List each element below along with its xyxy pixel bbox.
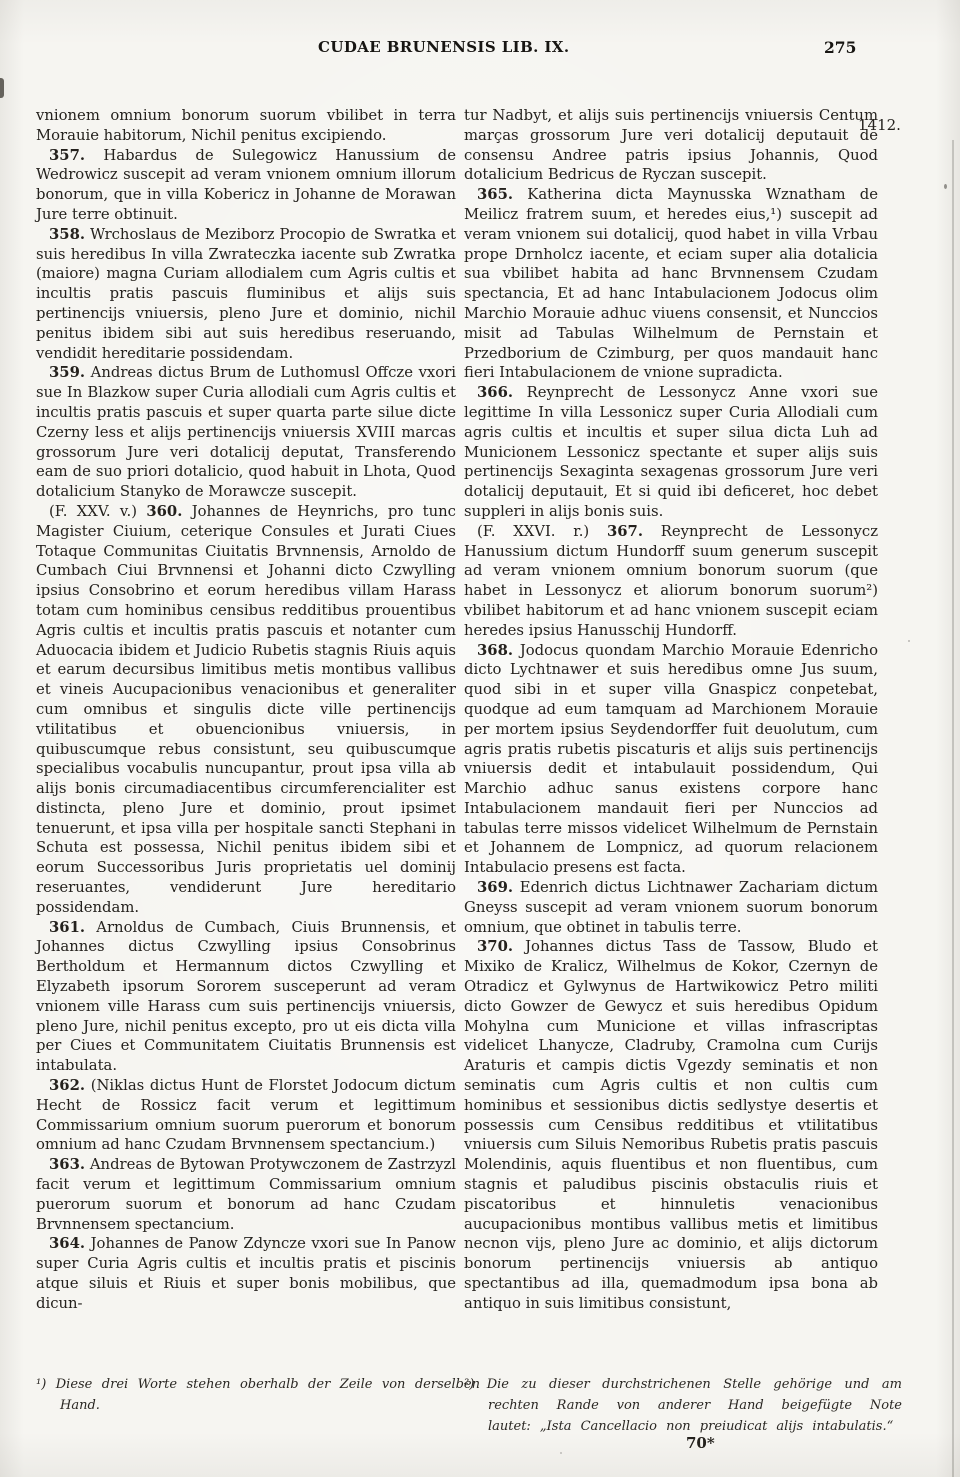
scan-speck	[908, 640, 910, 642]
entry-number: 370.	[477, 938, 513, 955]
footnote-left: ¹) Diese drei Worte stehen oberhalb der …	[36, 1374, 480, 1416]
footnote-marker: ²)	[464, 1377, 474, 1392]
entry-text: Wrchoslaus de Meziborz Procopio de Swrat…	[36, 226, 456, 362]
entry-paragraph: tur Nadbyt, et alijs suis pertinencijs v…	[464, 106, 878, 185]
entry-text: tur Nadbyt, et alijs suis pertinencijs v…	[464, 107, 878, 183]
scan-edge-line	[952, 140, 954, 1477]
entry-text: Reynprecht de Lessonycz Hanussium dictum…	[464, 523, 878, 639]
printer-signature: 70*	[686, 1434, 715, 1452]
entry-number: 367.	[607, 523, 643, 540]
entry-number: 369.	[477, 879, 513, 896]
folio-reference: (F. XXVI. r.)	[477, 523, 589, 540]
entry-number: 361.	[49, 919, 85, 936]
right-text-column: tur Nadbyt, et alijs suis pertinencijs v…	[464, 106, 878, 1314]
entry-paragraph: 363. Andreas de Bytowan Protywczonem de …	[36, 1155, 456, 1234]
entry-number: 358.	[49, 226, 85, 243]
entry-paragraph: 357. Habardus de Sulegowicz Hanussium de…	[36, 146, 456, 225]
entry-text: Edenrich dictus Lichtnawer Zachariam dic…	[464, 879, 878, 936]
entry-number: 365.	[477, 186, 513, 203]
entry-paragraph: (F. XXV. v.) 360. Johannes de Heynrichs,…	[36, 502, 456, 918]
entry-text: Johannes de Heynrichs, pro tunc Magister…	[36, 503, 456, 916]
left-text-column: vnionem omnium bonorum suorum vbilibet i…	[36, 106, 456, 1314]
entry-paragraph: (F. XXVI. r.) 367. Reynprecht de Lessony…	[464, 522, 878, 641]
scanned-book-page: CUDAE BRUNENSIS LIB. IX. 275 1412. vnion…	[0, 0, 960, 1477]
entry-paragraph: 365. Katherina dicta Maynusska Wznatham …	[464, 185, 878, 383]
entry-text: Johannes dictus Tass de Tassow, Bludo et…	[464, 938, 878, 1311]
entry-text: Andreas de Bytowan Protywczonem de Zastr…	[36, 1156, 456, 1232]
folio-reference: (F. XXV. v.)	[49, 503, 137, 520]
entry-number: 366.	[477, 384, 513, 401]
entry-paragraph: 358. Wrchoslaus de Meziborz Procopio de …	[36, 225, 456, 364]
entry-paragraph: 369. Edenrich dictus Lichtnawer Zacharia…	[464, 878, 878, 937]
entry-number: 362.	[49, 1077, 85, 1094]
entry-number: 360.	[146, 503, 182, 520]
entry-paragraph: 361. Arnoldus de Cumbach, Ciuis Brunnens…	[36, 918, 456, 1076]
page-number: 275	[824, 38, 856, 57]
entry-text: vnionem omnium bonorum suorum vbilibet i…	[36, 107, 456, 144]
footnote-right: ²) Die zu dieser durchstrichenen Stelle …	[464, 1374, 902, 1437]
entry-number: 359.	[49, 364, 85, 381]
entry-paragraph: 364. Johannes de Panow Zdyncze vxori sue…	[36, 1234, 456, 1313]
entry-text: Habardus de Sulegowicz Hanussium de Wedr…	[36, 147, 456, 223]
entry-paragraph: 366. Reynprecht de Lessonycz Anne vxori …	[464, 383, 878, 522]
entry-number: 368.	[477, 642, 513, 659]
scan-corner-mark	[0, 78, 4, 98]
entry-paragraph: 368. Jodocus quondam Marchio Morauie Ede…	[464, 641, 878, 879]
scan-speck	[944, 184, 947, 189]
scan-speck	[560, 1452, 562, 1454]
entry-text: Johannes de Panow Zdyncze vxori sue In P…	[36, 1235, 456, 1311]
entry-text: Jodocus quondam Marchio Morauie Edenrich…	[464, 642, 878, 877]
entry-text: (Niklas dictus Hunt de Florstet Jodocum …	[36, 1077, 456, 1153]
footnote-marker: ¹)	[36, 1377, 46, 1392]
running-head-title: CUDAE BRUNENSIS LIB. IX.	[318, 38, 569, 56]
footnote-text: Die zu dieser durchstrichenen Stelle geh…	[487, 1377, 902, 1434]
entry-paragraph: 370. Johannes dictus Tass de Tassow, Blu…	[464, 937, 878, 1313]
entry-text: Andreas dictus Brum de Luthomusl Offcze …	[36, 364, 456, 500]
entry-number: 357.	[49, 147, 85, 164]
entry-paragraph: vnionem omnium bonorum suorum vbilibet i…	[36, 106, 456, 146]
entry-number: 363.	[49, 1156, 85, 1173]
entry-text: Katherina dicta Maynusska Wznatham de Me…	[464, 186, 878, 381]
entry-text: Arnoldus de Cumbach, Ciuis Brunnensis, e…	[36, 919, 456, 1075]
footnote-text: Diese drei Worte stehen oberhalb der Zei…	[56, 1377, 480, 1413]
entry-number: 364.	[49, 1235, 85, 1252]
entry-paragraph: 359. Andreas dictus Brum de Luthomusl Of…	[36, 363, 456, 502]
entry-paragraph: 362. (Niklas dictus Hunt de Florstet Jod…	[36, 1076, 456, 1155]
entry-text: Reynprecht de Lessonycz Anne vxori sue l…	[464, 384, 878, 520]
